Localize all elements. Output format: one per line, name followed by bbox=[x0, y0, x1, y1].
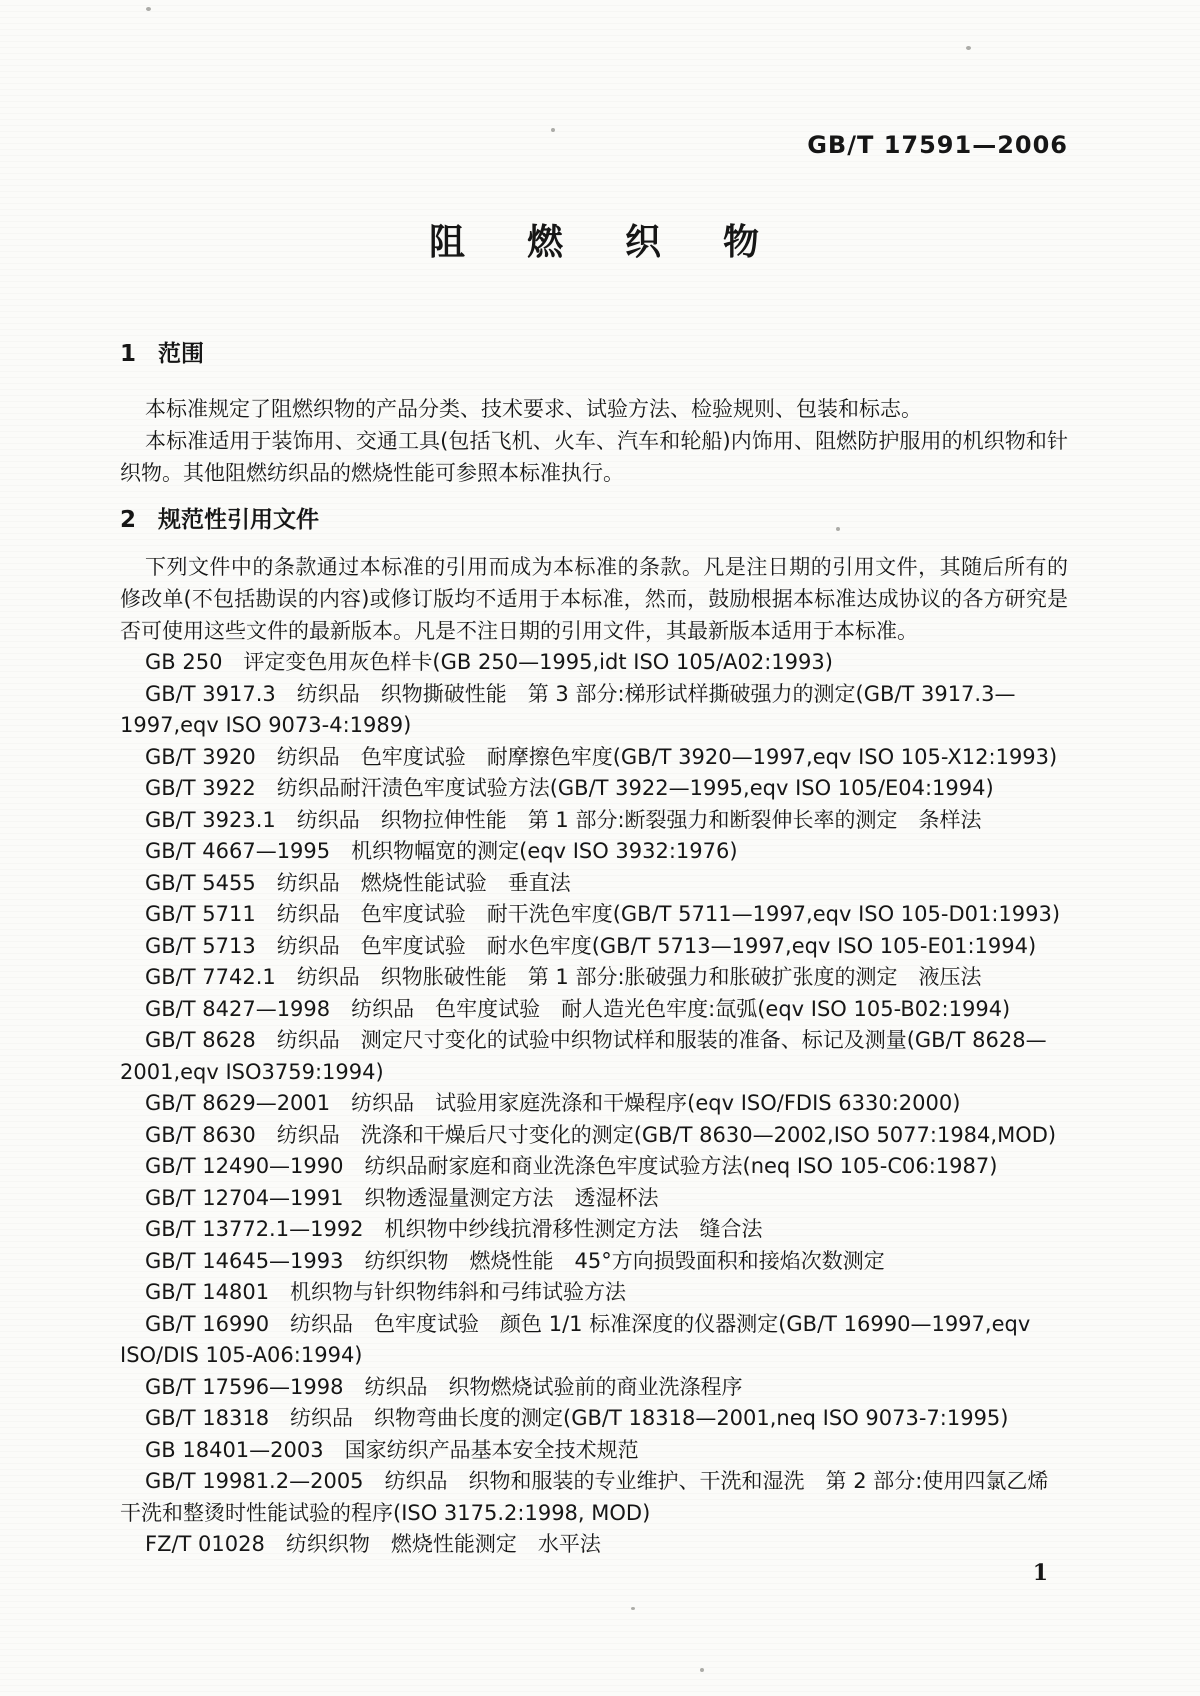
scan-speck bbox=[966, 46, 971, 50]
scan-speck bbox=[836, 527, 840, 531]
scan-speck bbox=[700, 1668, 704, 1672]
page-number: 1 bbox=[1033, 1560, 1048, 1586]
section-label-references: 规范性引用文件 bbox=[158, 507, 319, 533]
scanned-document-page: { "header": { "standard_code": "GB/T 175… bbox=[0, 0, 1200, 1696]
reference-item: GB/T 3922 纺织品耐汗渍色牢度试验方法(GB/T 3922—1995,e… bbox=[120, 773, 1068, 805]
scan-speck bbox=[146, 7, 151, 11]
reference-item: GB/T 18318 纺织品 织物弯曲长度的测定(GB/T 18318—2001… bbox=[120, 1403, 1068, 1435]
reference-item: GB/T 8629—2001 纺织品 试验用家庭洗涤和干燥程序(eqv ISO/… bbox=[120, 1088, 1068, 1120]
reference-item: GB/T 4667—1995 机织物幅宽的测定(eqv ISO 3932:197… bbox=[120, 836, 1068, 868]
scan-speck bbox=[551, 128, 555, 132]
section-heading-references: 2规范性引用文件 bbox=[120, 505, 1068, 535]
references-list: GB 250 评定变色用灰色样卡(GB 250—1995,idt ISO 105… bbox=[120, 647, 1068, 1561]
section-number-scope: 1 bbox=[120, 339, 136, 369]
reference-item: GB/T 3920 纺织品 色牢度试验 耐摩擦色牢度(GB/T 3920—199… bbox=[120, 742, 1068, 774]
standard-code: GB/T 17591—2006 bbox=[120, 0, 1068, 159]
reference-item: GB 18401—2003 国家纺织产品基本安全技术规范 bbox=[120, 1435, 1068, 1467]
reference-item: GB/T 3917.3 纺织品 织物撕破性能 第 3 部分:梯形试样撕破强力的测… bbox=[120, 679, 1068, 742]
references-intro: 下列文件中的条款通过本标准的引用而成为本标准的条款。凡是注日期的引用文件，其随后… bbox=[120, 551, 1068, 647]
scan-speck bbox=[631, 1607, 635, 1610]
reference-item: GB/T 17596—1998 纺织品 织物燃烧试验前的商业洗涤程序 bbox=[120, 1372, 1068, 1404]
section-heading-scope: 1范围 bbox=[120, 339, 1068, 369]
reference-item: GB/T 13772.1—1992 机织物中纱线抗滑移性测定方法 缝合法 bbox=[120, 1214, 1068, 1246]
section-label-scope: 范围 bbox=[158, 341, 204, 367]
document-title: 阻燃织物 bbox=[120, 221, 1068, 265]
reference-item: FZ/T 01028 纺织织物 燃烧性能测定 水平法 bbox=[120, 1529, 1068, 1561]
reference-item: GB/T 8628 纺织品 测定尺寸变化的试验中织物试样和服装的准备、标记及测量… bbox=[120, 1025, 1068, 1088]
reference-item: GB/T 5455 纺织品 燃烧性能试验 垂直法 bbox=[120, 868, 1068, 900]
reference-item: GB/T 7742.1 纺织品 织物胀破性能 第 1 部分:胀破强力和胀破扩张度… bbox=[120, 962, 1068, 994]
page-content: GB/T 17591—2006 阻燃织物 1范围 本标准规定了阻燃织物的产品分类… bbox=[120, 0, 1068, 1561]
scan-speck bbox=[405, 1249, 408, 1252]
reference-item: GB/T 16990 纺织品 色牢度试验 颜色 1/1 标准深度的仪器测定(GB… bbox=[120, 1309, 1068, 1372]
reference-item: GB/T 12490—1990 纺织品耐家庭和商业洗涤色牢度试验方法(neq I… bbox=[120, 1151, 1068, 1183]
reference-item: GB/T 8427—1998 纺织品 色牢度试验 耐人造光色牢度:氙弧(eqv … bbox=[120, 994, 1068, 1026]
scope-paragraph-1: 本标准规定了阻燃织物的产品分类、技术要求、试验方法、检验规则、包装和标志。 bbox=[120, 393, 1068, 425]
reference-item: GB/T 8630 纺织品 洗涤和干燥后尺寸变化的测定(GB/T 8630—20… bbox=[120, 1120, 1068, 1152]
reference-item: GB/T 14645—1993 纺织织物 燃烧性能 45°方向损毁面积和接焰次数… bbox=[120, 1246, 1068, 1278]
reference-item: GB/T 5711 纺织品 色牢度试验 耐干洗色牢度(GB/T 5711—199… bbox=[120, 899, 1068, 931]
section-number-references: 2 bbox=[120, 505, 136, 535]
reference-item: GB/T 12704—1991 织物透湿量测定方法 透湿杯法 bbox=[120, 1183, 1068, 1215]
reference-item: GB/T 3923.1 纺织品 织物拉伸性能 第 1 部分:断裂强力和断裂伸长率… bbox=[120, 805, 1068, 837]
scope-paragraph-2: 本标准适用于装饰用、交通工具(包括飞机、火车、汽车和轮船)内饰用、阻燃防护服用的… bbox=[120, 425, 1068, 489]
reference-item: GB/T 14801 机织物与针织物纬斜和弓纬试验方法 bbox=[120, 1277, 1068, 1309]
reference-item: GB 250 评定变色用灰色样卡(GB 250—1995,idt ISO 105… bbox=[120, 647, 1068, 679]
reference-item: GB/T 5713 纺织品 色牢度试验 耐水色牢度(GB/T 5713—1997… bbox=[120, 931, 1068, 963]
reference-item: GB/T 19981.2—2005 纺织品 织物和服装的专业维护、干洗和湿洗 第… bbox=[120, 1466, 1068, 1529]
